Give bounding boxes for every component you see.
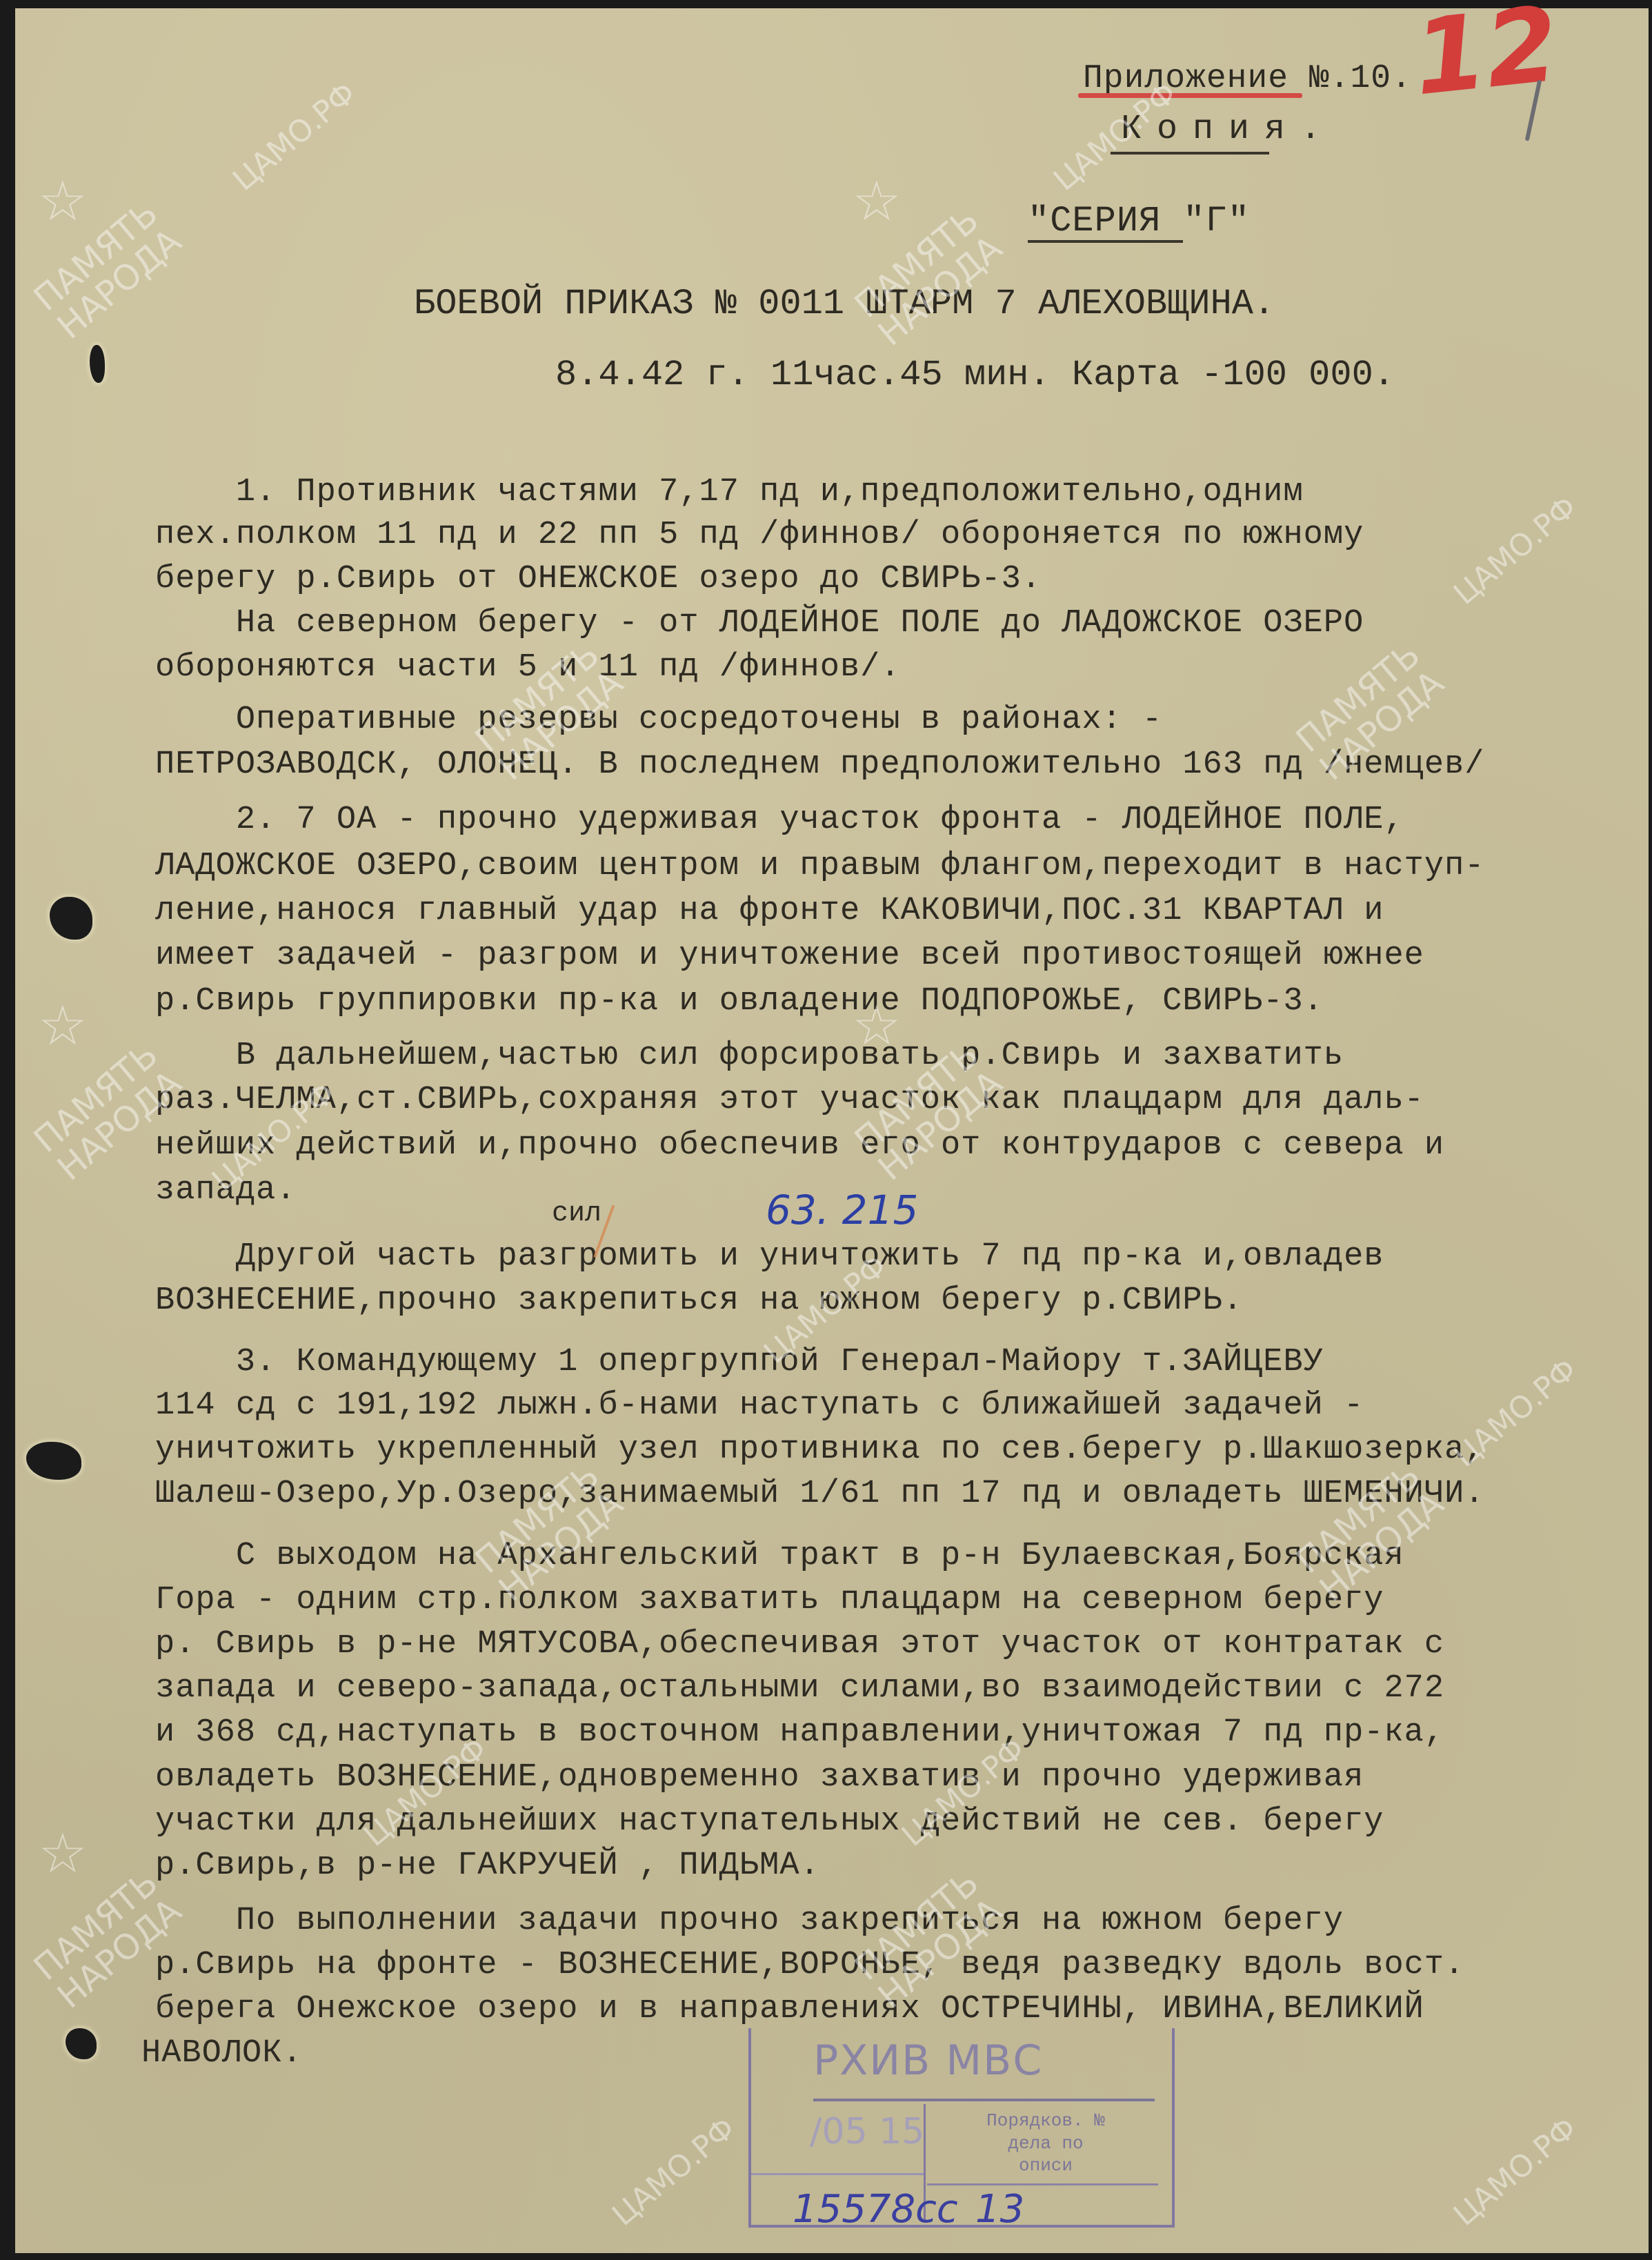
star-icon: ☆ [852,993,902,1058]
copy-underline [1111,152,1269,155]
body-line: запада. [155,1174,296,1207]
body-line: берега Онежское озеро и в направлениях О… [155,1993,1424,2025]
stamp-divider [813,2099,1155,2101]
appendix-label: Приложение №.10. [1083,62,1412,95]
document-title: БОЕВОЙ ПРИКАЗ № 0011 ШТАРМ 7 АЛЕХОВЩИНА. [414,286,1275,322]
body-line: обороняются части 5 и 11 пд /финнов/. [155,651,901,684]
star-icon: ☆ [852,169,902,233]
body-line: берегу р.Свирь от ОНЕЖСКОЕ озеро до СВИР… [155,563,1042,595]
body-line: р. Свирь в р-не МЯТУСОВА,обеспечивая это… [155,1628,1444,1661]
body-line: нейших действий и,прочно обеспечив его о… [155,1129,1444,1162]
star-icon: ☆ [38,169,88,233]
copy-label: Копия. [1121,112,1336,147]
stamp-label: Порядков. № дела по описи [932,2110,1160,2177]
star-icon: ☆ [38,993,88,1058]
body-line: имеет задачей - разгром и уничтожение вс… [155,940,1424,972]
body-line: 2. 7 ОА - прочно удерживая участок фронт… [155,804,1404,836]
body-line: Гора - одним стр.полком захватить плацда… [155,1584,1384,1616]
body-line: р.Свирь,в р-не ГАКРУЧЕЙ , ПИДЬМА. [155,1850,820,1882]
stamp-page-number: 13 [975,2187,1024,2232]
stamp-faded-number: /05 15 [810,2111,924,2152]
body-line: В дальнейшем,частью сил форсировать р.Св… [155,1040,1344,1072]
punch-hole [90,345,105,383]
body-line: овладеть ВОЗНЕСЕНИЕ,одновременно захвати… [155,1761,1364,1794]
series-label: "СЕРИЯ "Г" [1028,204,1250,239]
body-line: уничтожить укрепленный узел противника п… [155,1434,1485,1466]
stamp-divider [751,2173,924,2175]
body-line: запада и северо-запада,остальными силами… [155,1672,1444,1705]
body-line: 114 сд с 191,192 лыжн.б-нами наступать с… [155,1389,1364,1422]
series-underline [1028,240,1183,243]
archive-stamp: РХИВ МВС /05 15 Порядков. № дела по опис… [748,2028,1175,2228]
stamp-title: РХИВ МВС [813,2036,1043,2085]
body-line: Шалеш-Озеро,Ур.Озеро,занимаемый 1/61 пп … [155,1478,1485,1510]
stamp-divider [927,2183,1158,2185]
body-line: 3. Командующему 1 опергруппой Генерал-Ма… [155,1346,1324,1378]
body-line: р.Свирь на фронте - ВОЗНЕСЕНИЕ,ВОРОНЬЕ, … [155,1949,1464,1981]
blue-handwritten-note: 63. 215 [766,1190,918,1230]
body-line: ЛАДОЖСКОЕ ОЗЕРО,своим центром и правым ф… [155,850,1485,882]
document-date: 8.4.42 г. 11час.45 мин. Карта -100 000. [555,357,1395,393]
red-handwritten-number: 12 [1409,0,1563,110]
red-underline [1078,93,1302,98]
body-line: НАВОЛОК. [141,2037,303,2070]
body-line: 1. Противник частями 7,17 пд и,предполож… [155,476,1304,508]
body-line: ление,нанося главный удар на фронте КАКО… [155,895,1384,927]
body-line: и 368 сд,наступать в восточном направлен… [155,1716,1444,1749]
body-line: Оперативные резервы сосредоточены в райо… [155,704,1162,736]
body-line: участки для дальнейших наступательных де… [155,1805,1384,1838]
body-line: р.Свирь группировки пр-ка и овладение ПО… [155,985,1324,1018]
body-line: С выходом на Архангельский тракт в р-н Б… [155,1540,1404,1572]
stamp-case-number: 15578сс [793,2187,958,2232]
body-line: По выполнении задачи прочно закрепиться … [155,1905,1344,1937]
body-line: На северном берегу - от ЛОДЕЙНОЕ ПОЛЕ до… [155,607,1364,640]
body-line: пех.полком 11 пд и 22 пп 5 пд /финнов/ о… [155,519,1364,551]
body-line: раз.ЧЕЛМА,ст.СВИРЬ,сохраняя этот участок… [155,1084,1424,1116]
body-line: ПЕТРОЗАВОДСК, ОЛОНЕЦ. В последнем предпо… [155,749,1485,781]
star-icon: ☆ [38,1821,88,1885]
body-line: ВОЗНЕСЕНИЕ,прочно закрепиться на южном б… [155,1285,1243,1317]
body-line: Другой часть разгромить и уничтожить 7 п… [155,1240,1384,1273]
